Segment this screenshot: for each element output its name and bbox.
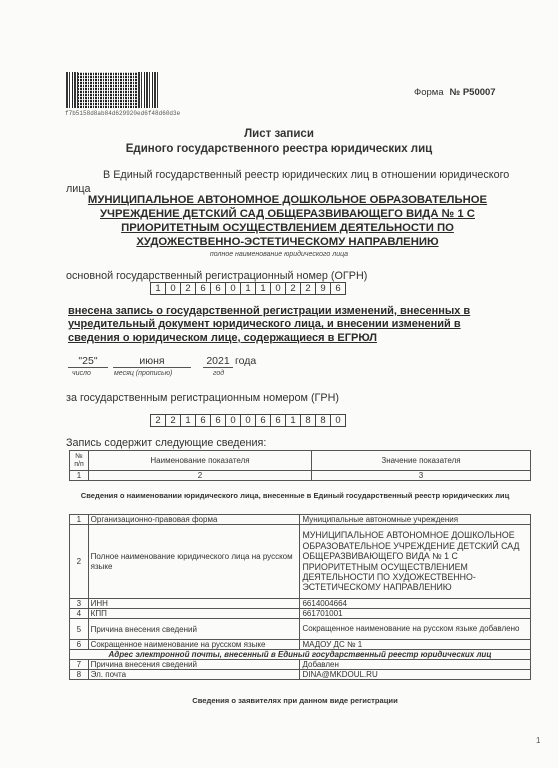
digit: 0	[226, 415, 241, 426]
digit: 8	[316, 415, 331, 426]
col-number-header: № п/п	[70, 451, 89, 471]
col-name-header: Наименование показателя	[89, 451, 312, 471]
digit: 6	[211, 283, 226, 294]
section-name-title: Сведения о наименовании юридического лиц…	[60, 491, 530, 500]
organization-full-name: МУНИЦИПАЛЬНОЕ АВТОНОМНОЕ ДОШКОЛЬНОЕ ОБРА…	[60, 193, 515, 249]
digit: 2	[181, 283, 196, 294]
org-name-line: ХУДОЖЕСТВЕННО-ЭСТЕТИЧЕСКОМУ НАПРАВЛЕНИЮ	[60, 235, 515, 249]
entry-line: учредительный документ юридического лица…	[68, 318, 508, 331]
digit: 2	[151, 415, 166, 426]
digit: 0	[271, 283, 286, 294]
form-number-value: № Р50007	[450, 87, 496, 98]
digit: 2	[286, 283, 301, 294]
entry-line: сведения о юридическом лице, содержащиес…	[68, 332, 508, 345]
form-label: Форма	[414, 87, 444, 98]
row-value: DINA@MKDOUL.RU	[300, 670, 531, 680]
digit: 6	[271, 415, 286, 426]
ogrn-digits: 1026601102296	[150, 282, 346, 295]
table-row: 3 ИНН 6614004664	[70, 599, 531, 609]
digit: 1	[241, 283, 256, 294]
date-day-caption: число	[72, 370, 91, 377]
digit: 0	[166, 283, 181, 294]
digit: 1	[256, 283, 271, 294]
digit: 6	[211, 415, 226, 426]
digit: 1	[181, 415, 196, 426]
digit: 6	[196, 415, 211, 426]
digit: 2	[301, 283, 316, 294]
date-day: "25"	[68, 355, 108, 368]
row-number: 1	[70, 515, 89, 525]
row-label: ИНН	[88, 599, 300, 609]
row-label: Полное наименование юридического лица на…	[88, 525, 300, 599]
entry-line: внесена запись о государственной регистр…	[68, 305, 508, 318]
col-index: 1	[70, 471, 89, 481]
table-row: 1 Организационно-правовая форма Муниципа…	[70, 515, 531, 525]
section-applicants-title: Сведения о заявителях при данном виде ре…	[60, 696, 530, 705]
date-month: июня	[113, 355, 191, 368]
digit: 6	[196, 283, 211, 294]
grn-label: за государственным регистрационным номер…	[66, 392, 339, 404]
digit: 0	[226, 283, 241, 294]
barcode-code: f7b5158d8ab84d629920ed6f48d60d3e	[65, 110, 180, 117]
table-row: 4 КПП 661701001	[70, 609, 531, 619]
page-title: Лист записи	[0, 128, 558, 140]
row-label: Эл. почта	[88, 670, 300, 680]
digit: 9	[316, 283, 331, 294]
org-name-line: УЧРЕЖДЕНИЕ ДЕТСКИЙ САД ОБЩЕРАЗВИВАЮЩЕГО …	[60, 207, 515, 221]
columns-header-table: № п/п Наименование показателя Значение п…	[69, 450, 531, 481]
table-row: 8 Эл. почта DINA@MKDOUL.RU	[70, 670, 531, 680]
row-value: МАДОУ ДС № 1	[300, 640, 531, 650]
date-year-caption: год	[213, 370, 224, 377]
row-label: Сокращенное наименование на русском язык…	[88, 640, 300, 650]
ogrn-label: основной государственный регистрационный…	[66, 270, 367, 282]
row-value: Муниципальные автономные учреждения	[300, 515, 531, 525]
row-number: 6	[70, 640, 89, 650]
details-table: 1 Организационно-правовая форма Муниципа…	[69, 514, 531, 680]
row-value: Сокращенное наименование на русском язык…	[300, 619, 531, 640]
intro-text: В Единый государственный реестр юридичес…	[103, 169, 509, 181]
table-row: 5 Причина внесения сведений Сокращенное …	[70, 619, 531, 640]
row-value: Добавлен	[300, 660, 531, 670]
date-year-suffix: года	[235, 355, 256, 367]
row-value: МУНИЦИПАЛЬНОЕ АВТОНОМНОЕ ДОШКОЛЬНОЕ ОБРА…	[300, 525, 531, 599]
barcode	[66, 72, 158, 108]
digit: 6	[331, 283, 345, 294]
table-row: 7 Причина внесения сведений Добавлен	[70, 660, 531, 670]
row-number: 8	[70, 670, 89, 680]
row-label: Причина внесения сведений	[88, 619, 300, 640]
table-row: 2 Полное наименование юридического лица …	[70, 525, 531, 599]
grn-digits: 2216600661880	[150, 414, 346, 427]
digit: 0	[241, 415, 256, 426]
entry-description: внесена запись о государственной регистр…	[68, 305, 508, 345]
contains-label: Запись содержит следующие сведения:	[66, 437, 266, 449]
row-label: КПП	[88, 609, 300, 619]
row-label: Причина внесения сведений	[88, 660, 300, 670]
digit: 1	[151, 283, 166, 294]
digit: 2	[166, 415, 181, 426]
row-value: 661701001	[300, 609, 531, 619]
email-section-title: Адрес электронной почты, внесенный в Еди…	[70, 650, 531, 660]
digit: 8	[301, 415, 316, 426]
org-name-line: МУНИЦИПАЛЬНОЕ АВТОНОМНОЕ ДОШКОЛЬНОЕ ОБРА…	[60, 193, 515, 207]
form-number: Форма№ Р50007	[414, 87, 496, 98]
page-subtitle: Единого государственного реестра юридиче…	[0, 143, 558, 155]
org-name-caption: полное наименование юридического лица	[0, 251, 558, 258]
row-number: 5	[70, 619, 89, 640]
digit: 6	[256, 415, 271, 426]
digit: 0	[331, 415, 345, 426]
col-index: 2	[89, 471, 312, 481]
page-number: 1	[536, 736, 540, 745]
table-row: 6 Сокращенное наименование на русском яз…	[70, 640, 531, 650]
row-number: 7	[70, 660, 89, 670]
row-value: 6614004664	[300, 599, 531, 609]
col-index: 3	[312, 471, 531, 481]
date-month-caption: месяц (прописью)	[114, 370, 172, 377]
org-name-line: ПРИОРИТЕТНЫМ ОСУЩЕСТВЛЕНИЕМ ДЕЯТЕЛЬНОСТИ…	[60, 221, 515, 235]
digit: 1	[286, 415, 301, 426]
table-section-row: Адрес электронной почты, внесенный в Еди…	[70, 650, 531, 660]
row-number: 2	[70, 525, 89, 599]
col-value-header: Значение показателя	[312, 451, 531, 471]
row-label: Организационно-правовая форма	[88, 515, 300, 525]
row-number: 4	[70, 609, 89, 619]
date-year: 2021	[203, 355, 233, 368]
row-number: 3	[70, 599, 89, 609]
